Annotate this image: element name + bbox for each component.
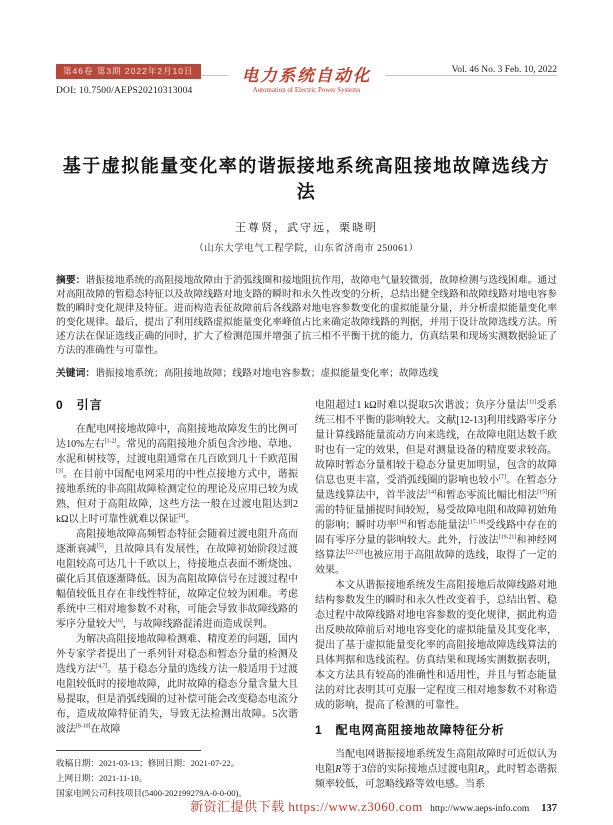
footnote-online-date: 上网日期：2021-11-10。 (56, 771, 298, 786)
body-paragraph: 本文从谐振接地系统发生高阻接地后故障线路对地结构参数发生的瞬时和永久性改变着手，… (315, 578, 557, 713)
journal-logo: 电力系统自动化 Automation of Electric Power Sys… (228, 62, 386, 94)
keywords-label: 关键词： (56, 368, 95, 379)
right-column: 电阻超过1 kΩ时难以提取5次谐波；负序分量法[11]受系统三相不平衡的影响较大… (315, 398, 557, 817)
body-paragraph: 在配电网接地故障中，高阻接地故障发生的比例可达10%左右[1-2]。常见的高阻接… (56, 422, 298, 527)
journal-name-en: Automation of Electric Power Systems (242, 87, 372, 94)
body-paragraph: 高阻接地故障高频暂态特征会随着过渡电阻升高而逐渐衰减[5]，且故障具有发展性，在… (56, 527, 298, 632)
journal-header: 第46卷 第3期 2022年2月10日 DOI: 10.7500/AEPS202… (56, 62, 557, 106)
left-column: 0 引言 在配电网接地故障中，高阻接地故障发生的比例可达10%左右[1-2]。常… (56, 398, 298, 817)
body-paragraph: 电阻超过1 kΩ时难以提取5次谐波；负序分量法[11]受系统三相不平衡的影响较大… (315, 398, 557, 578)
section-heading-1: 1 配电网高阻接地故障特征分析 (315, 723, 557, 738)
keywords-block: 关键词：谐振接地系统；高阻接地故障；线路对地电容参数；虚拟能量变化率；故障选线 (56, 367, 557, 381)
issue-info-en: Vol. 46 No. 3 Feb. 10, 2022 (452, 65, 557, 75)
issue-badge: 第46卷 第3期 2022年2月10日 (56, 64, 201, 79)
keywords-text: 谐振接地系统；高阻接地故障；线路对地电容参数；虚拟能量变化率；故障选线 (95, 368, 438, 379)
footnote-rule (56, 750, 201, 751)
section-heading-0: 0 引言 (56, 398, 298, 413)
authors-line: 王尊贤，武守远，栗晓明 (56, 219, 557, 235)
paper-title: 基于虚拟能量变化率的谐振接地系统高阻接地故障选线方法 (56, 152, 557, 204)
affiliation-line: （山东大学电气工程学院，山东省济南市 250061） (56, 240, 557, 254)
doi-text: DOI: 10.7500/AEPS20210313004 (56, 86, 193, 96)
abstract-text: 谐振接地系统的高阻接地故障由于消弧线圈和接地阻抗作用，故障电气量较微弱，故障检测… (56, 275, 557, 356)
watermark-link[interactable]: 新资汇提供下载 https://www.z3060.com (0, 796, 613, 815)
abstract-label: 摘要： (56, 275, 85, 286)
body-columns: 0 引言 在配电网接地故障中，高阻接地故障发生的比例可达10%左右[1-2]。常… (56, 398, 557, 817)
footnote-block: 收稿日期：2021-03-13；修回日期：2021-07-22。 上网日期：20… (56, 750, 298, 801)
footnote-received-date: 收稿日期：2021-03-13；修回日期：2021-07-22。 (56, 756, 298, 771)
abstract-block: 摘要：谐振接地系统的高阻接地故障由于消弧线圈和接地阻抗作用，故障电气量较微弱，故… (56, 274, 557, 358)
paper-page: 第46卷 第3期 2022年2月10日 DOI: 10.7500/AEPS202… (0, 0, 613, 825)
body-paragraph: 为解决高阻接地故障检测难、精度差的问题，国内外专家学者提出了一系列针对稳态和暂态… (56, 632, 298, 737)
journal-name-cn: 电力系统自动化 (242, 62, 372, 86)
body-paragraph: 当配电网谐振接地系统发生高阻故障时可近似认为电阻R等于3倍的实际接地点过渡电阻R… (315, 747, 557, 792)
